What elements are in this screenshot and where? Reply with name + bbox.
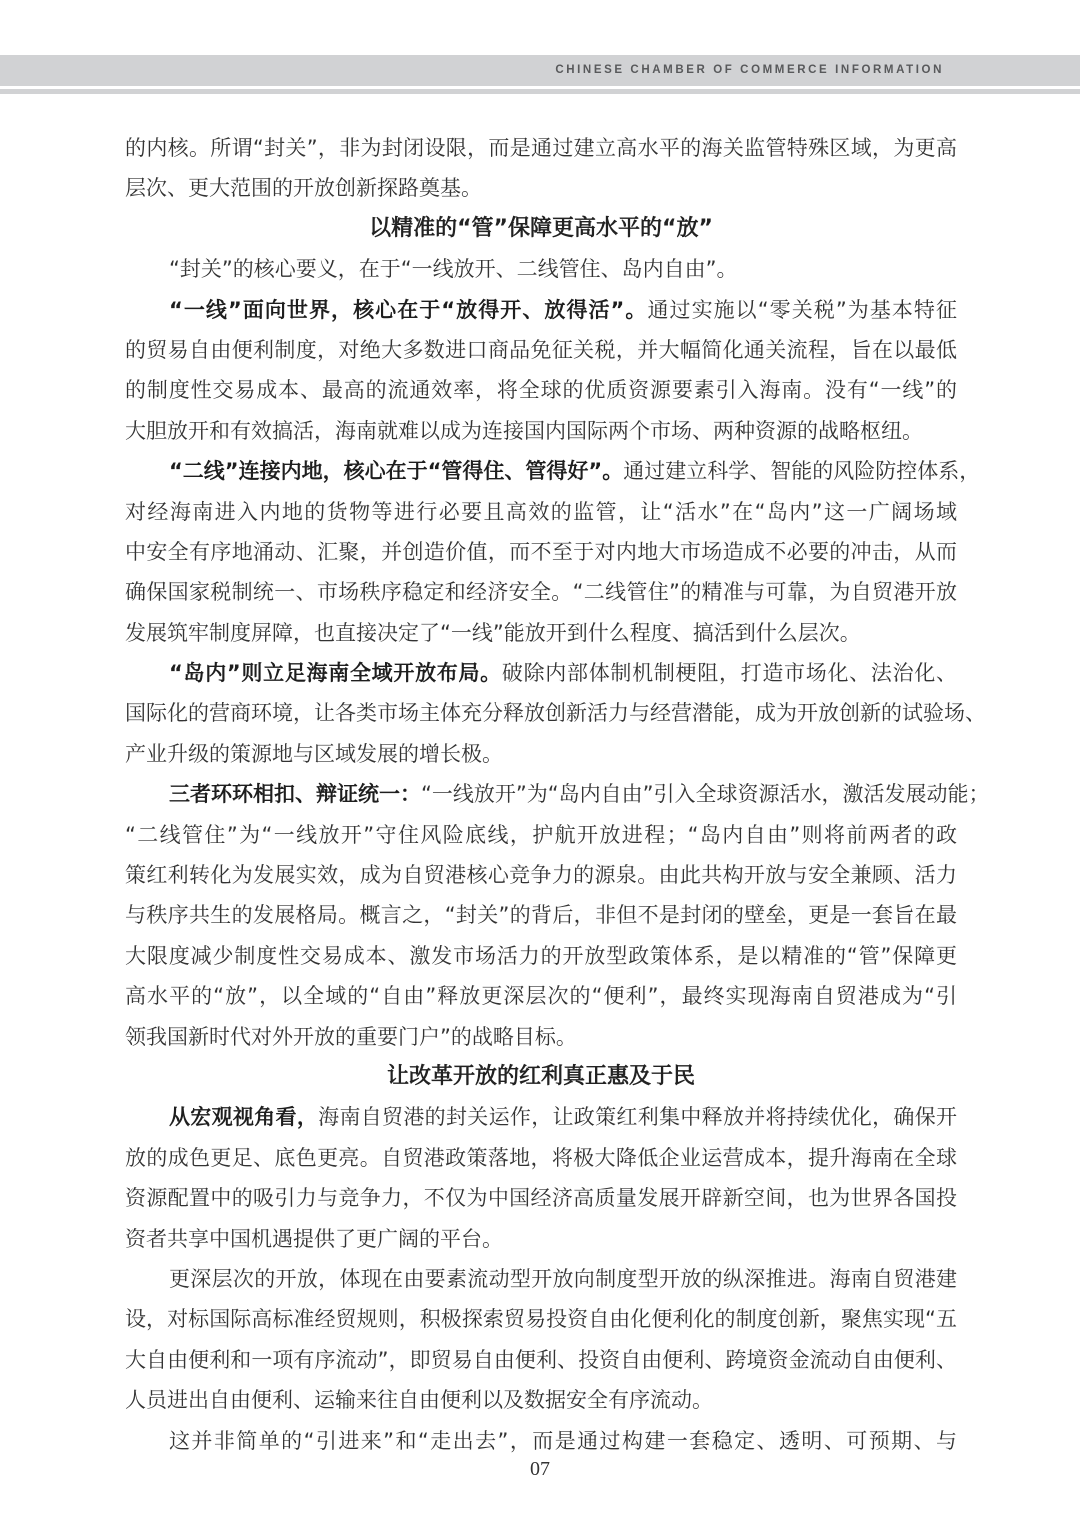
paragraph-text: 破除内部体制机制梗阻，打造市场化、法治化、 [502, 661, 957, 685]
paragraph-line: 设，对标国际高标准经贸规则，积极探索贸易投资自由化便利化的制度创新，聚焦实现“五 [125, 1299, 957, 1339]
paragraph-line: 国际化的营商环境，让各类市场主体充分释放创新活力与经营潜能，成为开放创新的试验场… [125, 693, 957, 733]
paragraph-line: 三者环环相扣、辩证统一：“一线放开”为“岛内自由”引入全球资源活水，激活发展动能… [125, 774, 957, 814]
article-body: 的内核。所谓“封关”，非为封闭设限，而是通过建立高水平的海关监管特殊区域，为更高… [125, 128, 957, 1461]
page-number: 07 [0, 1458, 1080, 1481]
paragraph-text: 海南自贸港的封关运作，让政策红利集中释放并将持续优化，确保开 [318, 1105, 957, 1129]
paragraph-line: 的制度性交易成本、最高的流通效率，将全球的优质资源要素引入海南。没有“一线”的 [125, 370, 957, 410]
paragraph-line: 从宏观视角看，海南自贸港的封关运作，让政策红利集中释放并将持续优化，确保开 [125, 1097, 957, 1137]
paragraph-line: 发展筑牢制度屏障，也直接决定了“一线”能放开到什么程度、搞活到什么层次。 [125, 613, 957, 653]
paragraph-line: 中安全有序地涌动、汇聚，并创造价值，而不至于对内地大市场造成不必要的冲击，从而 [125, 532, 957, 572]
paragraph-line: 资者共享中国机遇提供了更广阔的平台。 [125, 1219, 957, 1259]
paragraph-line: 高水平的“放”，以全域的“自由”释放更深层次的“便利”，最终实现海南自贸港成为“… [125, 976, 957, 1016]
paragraph-line: 的贸易自由便利制度，对绝大多数进口商品免征关税，并大幅简化通关流程，旨在以最低 [125, 330, 957, 370]
paragraph-line: 大胆放开和有效搞活，海南就难以成为连接国内国际两个市场、两种资源的战略枢纽。 [125, 411, 957, 451]
paragraph-lead: “岛内”则立足海南全域开放布局。 [169, 661, 502, 685]
paragraph-line: 与秩序共生的发展格局。概言之，“封关”的背后，非但不是封闭的壁垒，更是一套旨在最 [125, 895, 957, 935]
paragraph-line: 产业升级的策源地与区域发展的增长极。 [125, 734, 957, 774]
paragraph-line: 确保国家税制统一、市场秩序稳定和经济安全。“二线管住”的精准与可靠，为自贸港开放 [125, 572, 957, 612]
paragraph-text: 通过实施以“零关税”为基本特征 [647, 298, 957, 322]
paragraph-line: “二线”连接内地，核心在于“管得住、管得好”。通过建立科学、智能的风险防控体系， [125, 451, 957, 491]
paragraph-line: 层次、更大范围的开放创新探路奠基。 [125, 168, 957, 208]
paragraph-line: 领我国新时代对外开放的重要门户”的战略目标。 [125, 1017, 957, 1057]
publication-name: CHINESE CHAMBER OF COMMERCE INFORMATION [555, 64, 944, 76]
paragraph-lead: “一线”面向世界，核心在于“放得开、放得活”。 [169, 298, 647, 322]
paragraph-line: 大限度减少制度性交易成本、激发市场活力的开放型政策体系，是以精准的“管”保障更 [125, 936, 957, 976]
paragraph-line: “二线管住”为“一线放开”守住风险底线，护航开放进程；“岛内自由”则将前两者的政 [125, 815, 957, 855]
paragraph-lead: 三者环环相扣、辩证统一： [169, 782, 421, 806]
header-rule [0, 89, 1080, 94]
paragraph-line: 放的成色更足、底色更亮。自贸港政策落地，将极大降低企业运营成本，提升海南在全球 [125, 1138, 957, 1178]
paragraph-line: 这并非简单的“引进来”和“走出去”，而是通过构建一套稳定、透明、可预期、与 [125, 1421, 957, 1461]
paragraph-lead: 从宏观视角看， [169, 1105, 318, 1129]
paragraph-line: “一线”面向世界，核心在于“放得开、放得活”。通过实施以“零关税”为基本特征 [125, 290, 957, 330]
paragraph-line: “封关”的核心要义，在于“一线放开、二线管住、岛内自由”。 [125, 249, 957, 289]
paragraph-text: 通过建立科学、智能的风险防控体系， [623, 459, 980, 483]
paragraph-line: “岛内”则立足海南全域开放布局。破除内部体制机制梗阻，打造市场化、法治化、 [125, 653, 957, 693]
paragraph-line: 资源配置中的吸引力与竞争力，不仅为中国经济高质量发展开辟新空间，也为世界各国投 [125, 1178, 957, 1218]
paragraph-line: 更深层次的开放，体现在由要素流动型开放向制度型开放的纵深推进。海南自贸港建 [125, 1259, 957, 1299]
section-heading: 以精准的“管”保障更高水平的“放” [125, 209, 957, 249]
paragraph-line: 的内核。所谓“封关”，非为封闭设限，而是通过建立高水平的海关监管特殊区域，为更高 [125, 128, 957, 168]
paragraph-lead: “二线”连接内地，核心在于“管得住、管得好”。 [169, 459, 623, 483]
paragraph-line: 人员进出自由便利、运输来往自由便利以及数据安全有序流动。 [125, 1380, 957, 1420]
paragraph-line: 对经海南进入内地的货物等进行必要且高效的监管，让“活水”在“岛内”这一广阔场域 [125, 492, 957, 532]
paragraph-line: 大自由便利和一项有序流动”，即贸易自由便利、投资自由便利、跨境资金流动自由便利、 [125, 1340, 957, 1380]
paragraph-text: “一线放开”为“岛内自由”引入全球资源活水，激活发展动能； [421, 782, 990, 806]
section-heading: 让改革开放的红利真正惠及于民 [125, 1057, 957, 1097]
paragraph-line: 策红利转化为发展实效，成为自贸港核心竞争力的源泉。由此共构开放与安全兼顾、活力 [125, 855, 957, 895]
